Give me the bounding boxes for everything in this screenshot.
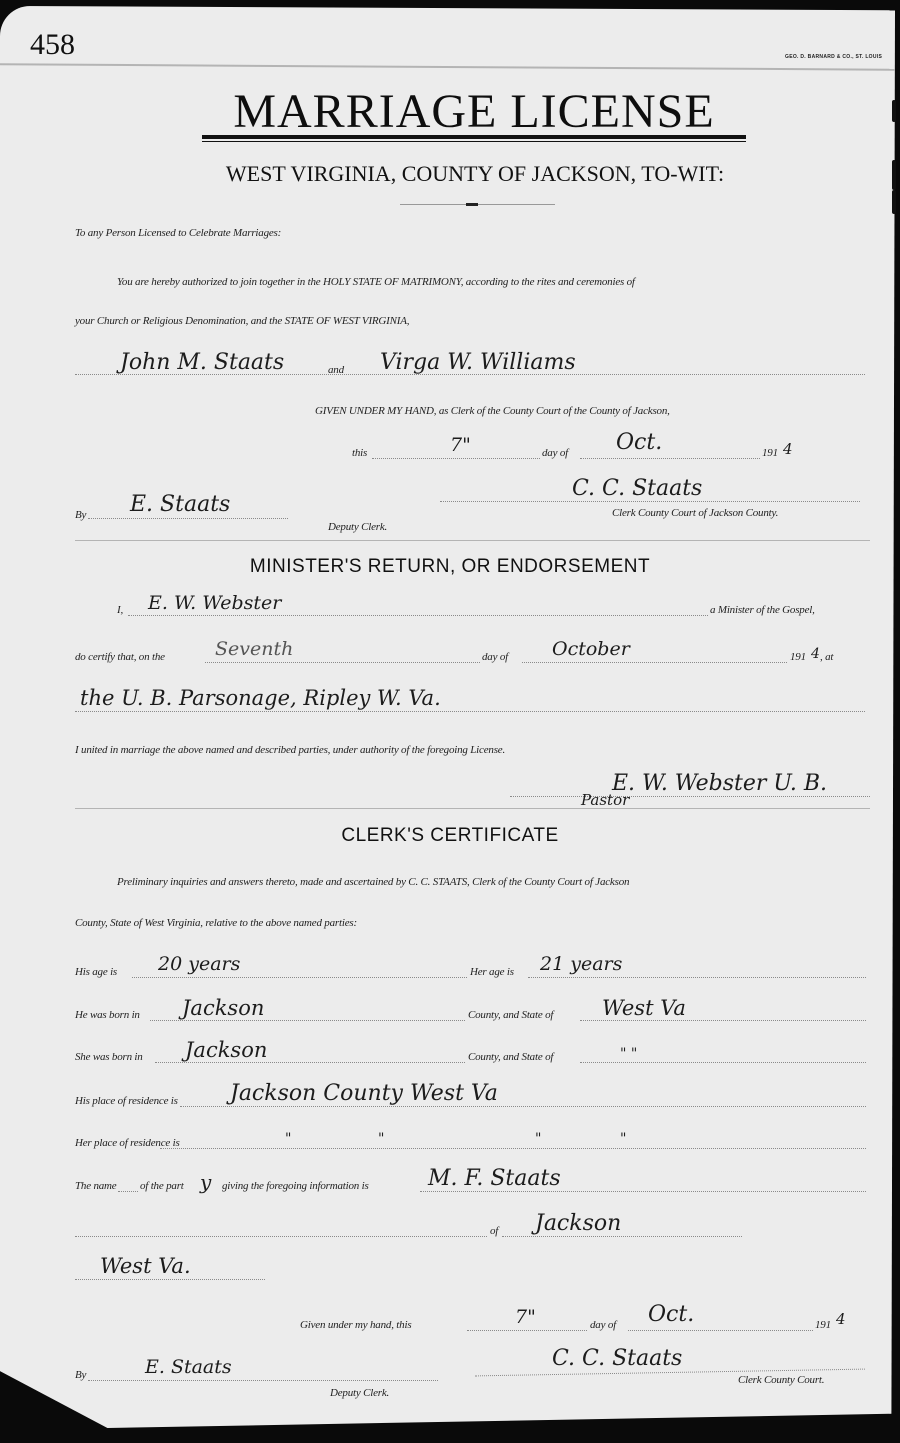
minister-return-heading: MINISTER'S RETURN, OR ENDORSEMENT	[100, 556, 800, 578]
binding-mark	[892, 100, 896, 122]
her-age[interactable]: 21 years	[540, 953, 622, 975]
minister-signature[interactable]: E. W. Webster U. B.	[612, 771, 827, 796]
authorization-line-2: your Church or Religious Denomination, a…	[75, 315, 409, 327]
informant-state-line	[75, 1279, 265, 1280]
she-born-label: She was born in	[75, 1051, 143, 1063]
document-subtitle: WEST VIRGINIA, COUNTY OF JACKSON, TO-WIT…	[150, 161, 800, 187]
certificate-deputy-line	[88, 1380, 438, 1381]
certificate-day-line	[467, 1330, 587, 1331]
certificate-day[interactable]: 7"	[515, 1306, 536, 1328]
place-line	[75, 711, 865, 712]
at-label: , at	[820, 651, 833, 663]
certificate-clerk-label: Clerk County Court.	[738, 1374, 824, 1386]
certificate-deputy-label: Deputy Clerk.	[330, 1387, 389, 1399]
certificate-by-label: By	[75, 1369, 86, 1381]
his-age-line	[132, 977, 467, 978]
day-of-label: day of	[542, 447, 568, 459]
she-born-county[interactable]: Jackson	[185, 1038, 267, 1062]
month-line	[580, 458, 760, 459]
informant-part[interactable]: y	[200, 1170, 211, 1194]
certificate-clerk-signature[interactable]: C. C. Staats	[552, 1346, 682, 1371]
binding-mark	[892, 190, 896, 214]
he-born-label: He was born in	[75, 1009, 140, 1021]
informant-of-line	[75, 1236, 487, 1237]
minister-label: a Minister of the Gospel,	[710, 604, 815, 616]
i-label: I,	[117, 604, 123, 616]
printer-mark: GEO. D. BARNARD & CO., ST. LOUIS	[785, 54, 882, 60]
authorization-line-1: You are hereby authorized to join togeth…	[117, 276, 635, 288]
ceremony-month[interactable]: October	[552, 638, 630, 660]
certificate-month-line	[628, 1330, 813, 1331]
he-county-state-label: County, and State of	[468, 1009, 553, 1021]
certificate-intro-1: Preliminary inquiries and answers theret…	[117, 876, 629, 888]
ceremony-day[interactable]: Seventh	[215, 638, 293, 660]
deputy-signature[interactable]: E. Staats	[130, 492, 230, 517]
certificate-deputy-signature[interactable]: E. Staats	[145, 1356, 232, 1378]
informant-county-line	[502, 1236, 742, 1237]
his-age[interactable]: 20 years	[158, 953, 240, 975]
informant-county[interactable]: Jackson	[535, 1211, 621, 1236]
her-residence-line	[160, 1148, 866, 1149]
binding-mark	[892, 160, 896, 190]
informant-name[interactable]: M. F. Staats	[428, 1166, 561, 1191]
her-residence-mark-4[interactable]: "	[620, 1131, 626, 1147]
her-residence-mark-2[interactable]: "	[378, 1131, 384, 1147]
certificate-year-prefix: 191	[815, 1319, 831, 1331]
section-divider-1	[75, 540, 870, 541]
and-label: and	[328, 364, 344, 376]
bride-name[interactable]: Virga W. Williams	[380, 350, 576, 375]
informant-label-a: The name	[75, 1180, 116, 1192]
page-number: 458	[30, 28, 75, 62]
ceremony-year-suffix[interactable]: 4	[811, 646, 820, 662]
license-year-prefix: 191	[762, 447, 778, 459]
groom-name[interactable]: John M. Staats	[120, 350, 284, 375]
clerk-certificate-heading: CLERK'S CERTIFICATE	[100, 825, 800, 847]
her-age-line	[528, 977, 866, 978]
he-born-state[interactable]: West Va	[602, 996, 686, 1020]
header-rule	[0, 63, 895, 70]
minister-title: Pastor	[581, 791, 629, 809]
title-underline-thin	[202, 141, 746, 142]
minister-name[interactable]: E. W. Webster	[148, 592, 281, 614]
his-residence-line	[180, 1106, 866, 1107]
informant-name-gap	[118, 1191, 138, 1192]
her-residence-mark-3[interactable]: "	[535, 1131, 541, 1147]
this-label: this	[352, 447, 367, 459]
ceremony-year-prefix: 191	[790, 651, 806, 663]
she-state-line	[580, 1062, 866, 1063]
her-age-label: Her age is	[470, 966, 514, 978]
she-born-line	[155, 1062, 465, 1063]
deputy-line	[88, 518, 288, 519]
license-month[interactable]: Oct.	[616, 430, 662, 455]
title-underline-thick	[202, 135, 746, 139]
day-line	[372, 458, 540, 459]
ceremony-month-line	[522, 662, 787, 663]
ornament-dash	[466, 203, 478, 206]
informant-name-line	[420, 1191, 866, 1192]
certificate-year-suffix[interactable]: 4	[836, 1310, 846, 1328]
deputy-label: Deputy Clerk.	[328, 521, 387, 533]
he-born-county[interactable]: Jackson	[182, 996, 264, 1020]
ceremony-day-of-label: day of	[482, 651, 508, 663]
his-residence-label: His place of residence is	[75, 1095, 178, 1107]
her-residence-mark-1[interactable]: "	[285, 1131, 291, 1147]
certificate-intro-2: County, State of West Virginia, relative…	[75, 917, 357, 929]
certificate-given-label: Given under my hand, this	[300, 1319, 411, 1331]
she-born-state[interactable]: " "	[620, 1046, 637, 1062]
certificate-month[interactable]: Oct.	[648, 1302, 694, 1327]
minister-name-line	[128, 615, 708, 616]
license-page: 458 GEO. D. BARNARD & CO., ST. LOUIS MAR…	[0, 6, 895, 1428]
salutation: To any Person Licensed to Celebrate Marr…	[75, 227, 281, 239]
she-county-state-label: County, and State of	[468, 1051, 553, 1063]
license-year-suffix[interactable]: 4	[783, 440, 793, 458]
his-age-label: His age is	[75, 966, 117, 978]
section-divider-2	[75, 808, 870, 809]
he-state-line	[580, 1020, 866, 1021]
ceremony-place[interactable]: the U. B. Parsonage, Ripley W. Va.	[80, 686, 441, 710]
by-label: By	[75, 509, 86, 521]
united-statement: I united in marriage the above named and…	[75, 744, 505, 756]
informant-label-b: of the part	[140, 1180, 184, 1192]
clerk-signature[interactable]: C. C. Staats	[572, 476, 702, 501]
informant-label-c: giving the foregoing information is	[222, 1180, 369, 1192]
certify-label: do certify that, on the	[75, 651, 165, 663]
certificate-day-of-label: day of	[590, 1319, 616, 1331]
of-label: of	[490, 1225, 498, 1237]
informant-state[interactable]: West Va.	[100, 1254, 191, 1278]
license-day[interactable]: 7"	[450, 434, 471, 456]
he-born-line	[150, 1020, 465, 1021]
clerk-line	[440, 501, 860, 502]
clerk-label: Clerk County Court of Jackson County.	[612, 507, 778, 519]
given-under-hand: GIVEN UNDER MY HAND, as Clerk of the Cou…	[315, 405, 670, 417]
document-title: MARRIAGE LICENSE	[200, 84, 748, 139]
his-residence[interactable]: Jackson County West Va	[230, 1081, 498, 1106]
ceremony-day-line	[205, 662, 480, 663]
minister-signature-line	[510, 796, 870, 797]
